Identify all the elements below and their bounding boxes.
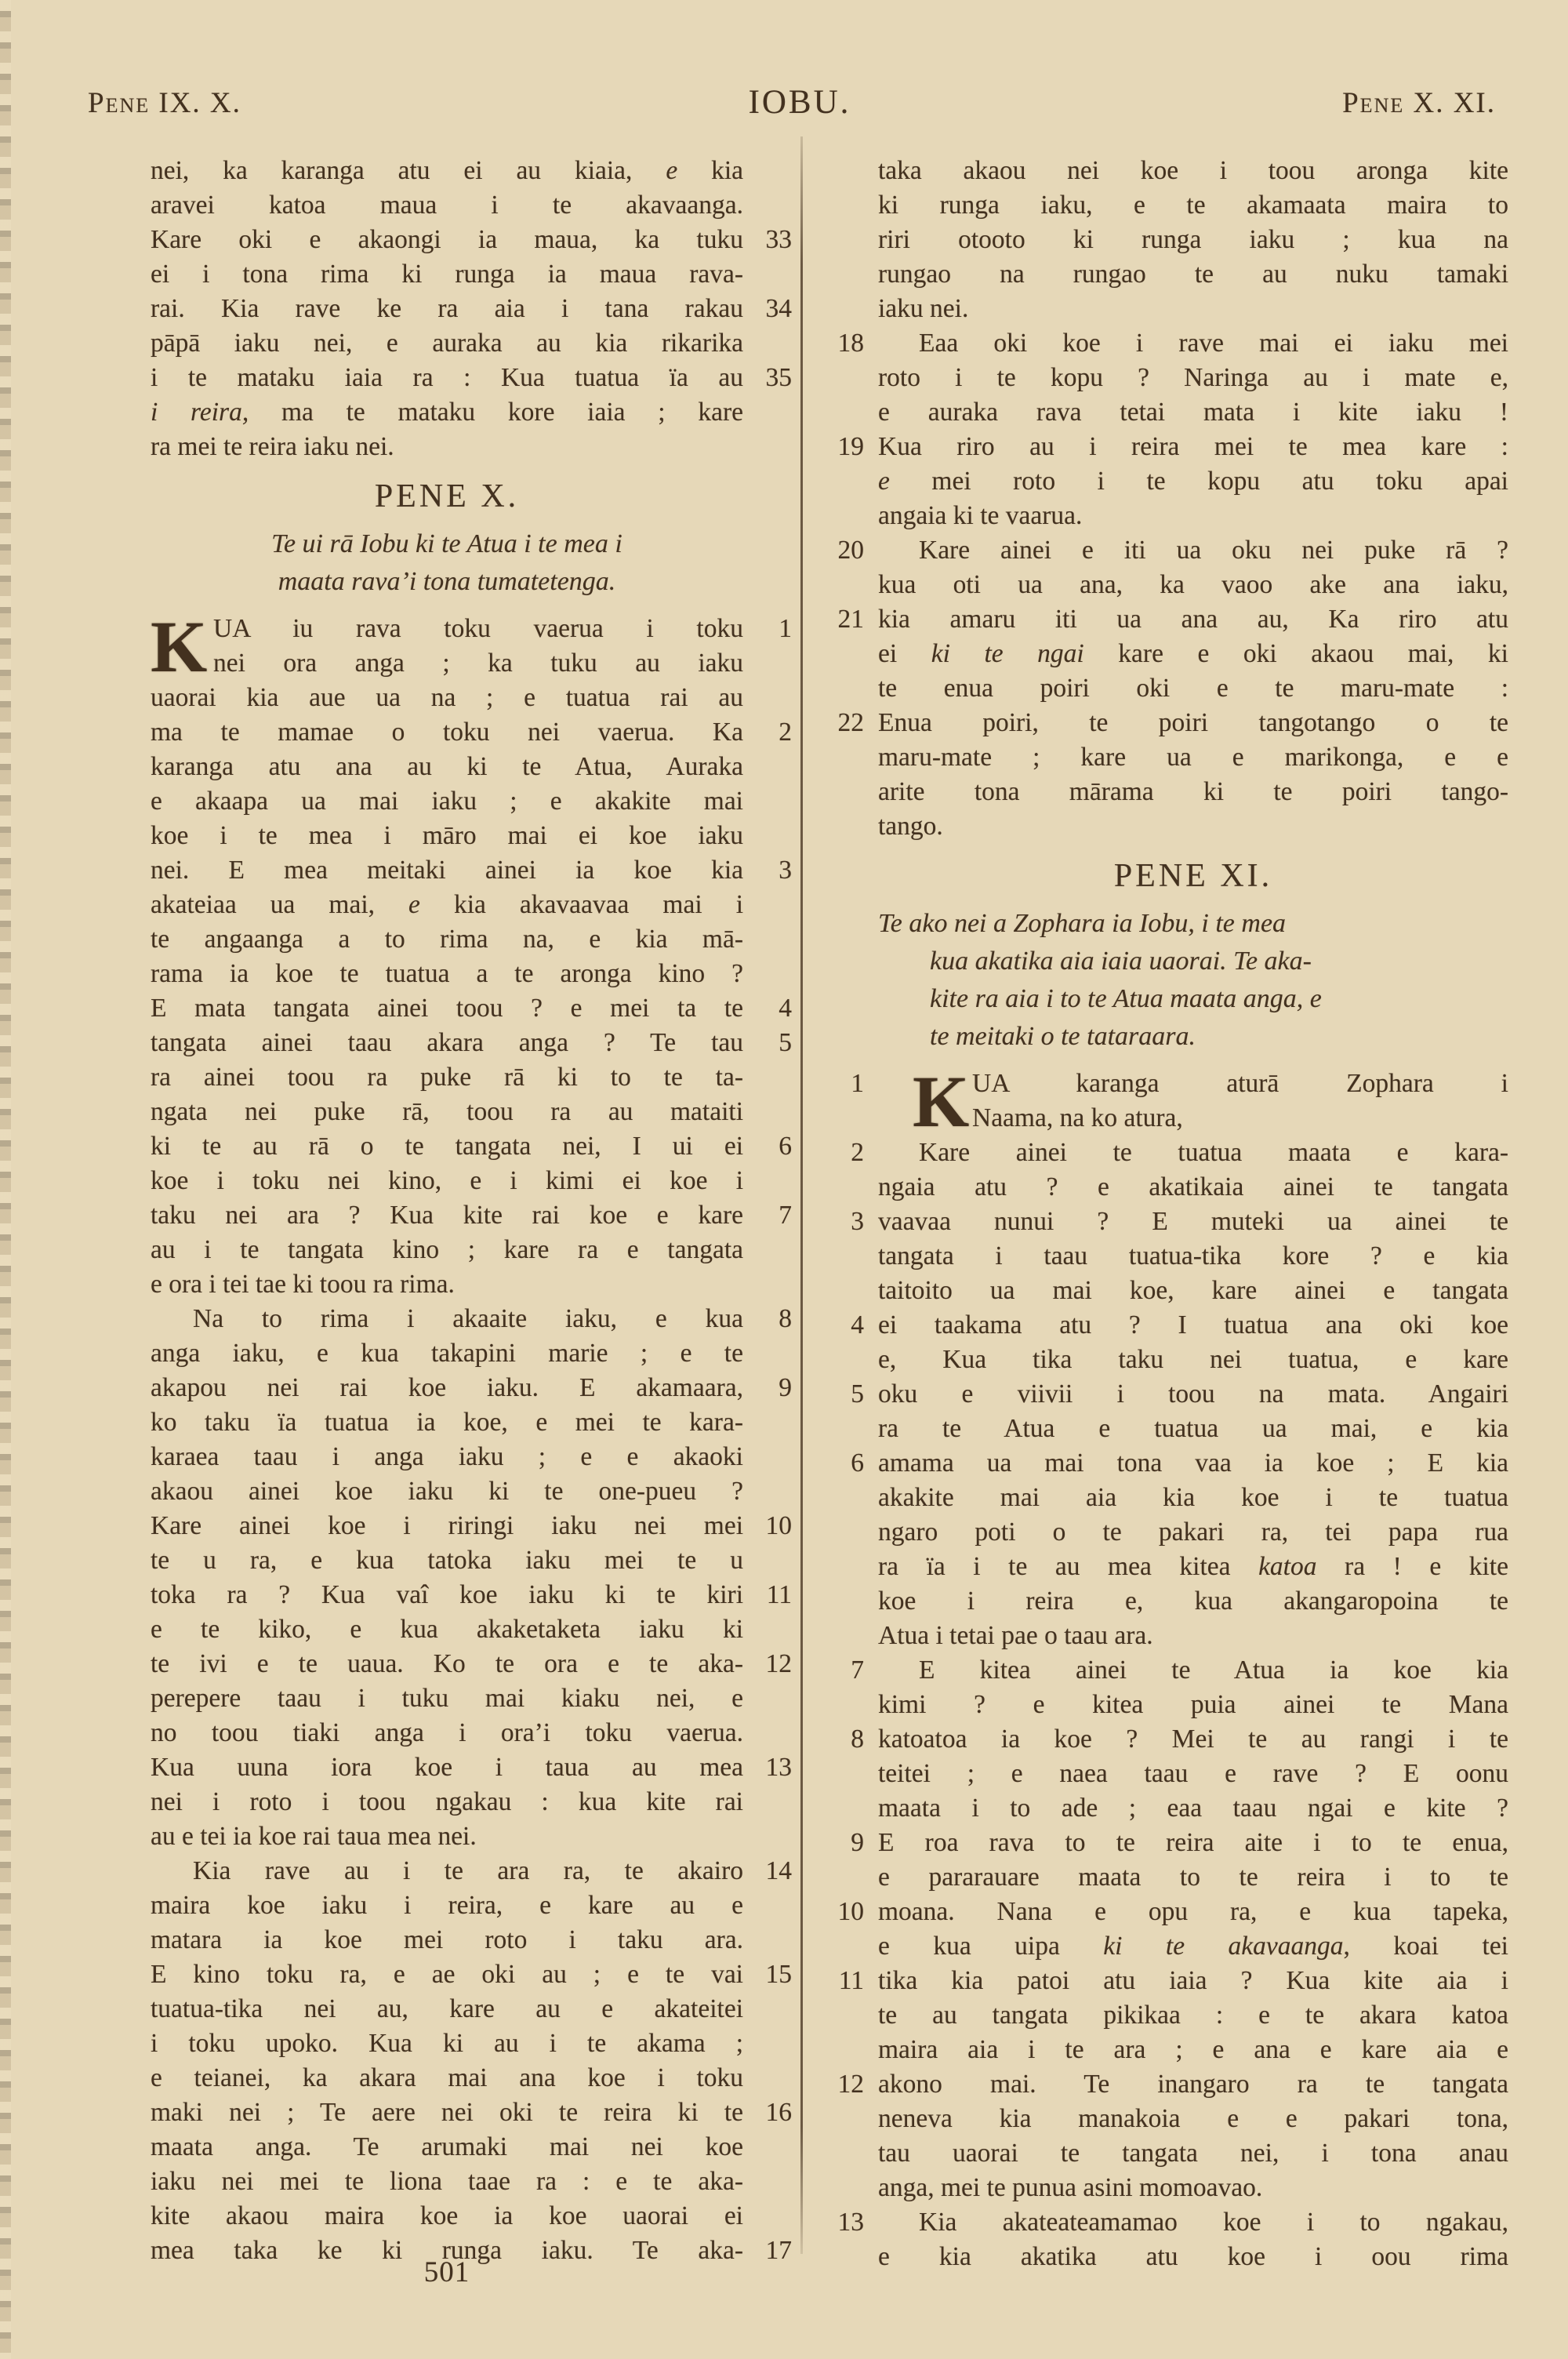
text-line: kua oti ua ana, ka vaoo ake ana iaku, bbox=[815, 568, 1508, 602]
plain-text: koe i toku nei kino, e i kimi ei koe i bbox=[151, 1166, 743, 1195]
line-text: rungao na rungao te au nuku tamaki bbox=[878, 257, 1508, 292]
line-text: kua oti ua ana, ka vaoo ake ana iaku, bbox=[878, 568, 1508, 602]
text-line: Kare ainei e iti ua oku nei puke rā ?20 bbox=[815, 533, 1508, 568]
text-line: anga, mei te punua asini momoavao. bbox=[815, 2171, 1508, 2205]
plain-text: nei, ka karanga atu ei au kiaia, bbox=[151, 156, 666, 185]
plain-text: kia bbox=[677, 156, 743, 185]
text-line: ra mei te reira iaku nei. bbox=[151, 430, 793, 464]
line-text: akateiaa ua mai, e kia akavaavaa mai i bbox=[151, 888, 743, 922]
page-edge-showthrough bbox=[0, 0, 11, 2359]
line-text: Eaa oki koe i rave mai ei iaku mei bbox=[878, 326, 1508, 361]
text-line: ei i tona rima ki runga ia maua rava- bbox=[151, 257, 793, 292]
line-text: moana. Nana e opu ra, e kua tapeka, bbox=[878, 1895, 1508, 1929]
plain-text: ngaro poti o te pakari ra, tei papa rua bbox=[878, 1518, 1508, 1547]
verse-number: 35 bbox=[745, 361, 792, 395]
plain-text: i te mataku iaia ra : Kua tuatua ïa au bbox=[151, 363, 743, 392]
verse-number: 33 bbox=[745, 223, 792, 257]
plain-text: Kia rave au i te ara ra, te akairo bbox=[193, 1856, 743, 1885]
plain-text: kua oti ua ana, ka vaoo ake ana iaku, bbox=[878, 570, 1508, 599]
line-text: te angaanga a to rima na, e kia mā- bbox=[151, 922, 743, 957]
plain-text: ra ainei toou ra puke rā ki to te ta- bbox=[151, 1063, 743, 1092]
text-line: Eaa oki koe i rave mai ei iaku mei18 bbox=[815, 326, 1508, 361]
line-text: Kare ainei e iti ua oku nei puke rā ? bbox=[878, 533, 1508, 568]
plain-text: perepere taau i tuku mai kiaku nei, e bbox=[151, 1684, 743, 1713]
plain-text: kimi ? e kitea puia ainei te Mana bbox=[878, 1690, 1508, 1719]
plain-text: arite tona mārama ki te poiri tango- bbox=[878, 777, 1508, 806]
plain-text: katoatoa ia koe ? Mei te au rangi i te bbox=[878, 1725, 1508, 1754]
verse-number: 4 bbox=[745, 991, 792, 1026]
verse-number: 34 bbox=[745, 292, 792, 326]
plain-text: te ivi e te uaua. Ko te ora e te aka- bbox=[151, 1649, 743, 1678]
text-line: ki te au rā o te tangata nei, I ui ei6 bbox=[151, 1129, 793, 1164]
line-text: toka ra ? Kua vaî koe iaku ki te kiri bbox=[151, 1578, 743, 1612]
line-text: i toku upoko. Kua ki au i te akama ; bbox=[151, 2026, 743, 2061]
line-text: nei, ka karanga atu ei au kiaia, e kia bbox=[151, 154, 743, 188]
plain-text: akapou nei rai koe iaku. E akamaara, bbox=[151, 1373, 743, 1402]
book-title: IOBU. bbox=[0, 83, 1568, 122]
line-text: ra mei te reira iaku nei. bbox=[151, 430, 743, 464]
verse-number: 5 bbox=[745, 1026, 792, 1060]
running-head-right: Pene X. XI. bbox=[1342, 86, 1496, 120]
text-line: ra te Atua e tuatua ua mai, e kia bbox=[815, 1412, 1508, 1446]
line-text: Enua poiri, te poiri tangotango o te bbox=[878, 706, 1508, 740]
plain-text: Naama, na ko atura, bbox=[972, 1103, 1183, 1132]
text-line: Kua riro au i reira mei te mea kare :19 bbox=[815, 430, 1508, 464]
line-text: ki te au rā o te tangata nei, I ui ei bbox=[151, 1129, 743, 1164]
text-line: au e tei ia koe rai taua mea nei. bbox=[151, 1819, 793, 1854]
text-line: maata anga. Te arumaki mai nei koe bbox=[151, 2130, 793, 2165]
line-text: ma te mamae o toku nei vaerua. Ka bbox=[151, 715, 743, 750]
text-line: te au tangata pikikaa : e te akara katoa bbox=[815, 1998, 1508, 2033]
line-text: ra ainei toou ra puke rā ki to te ta- bbox=[151, 1060, 743, 1095]
plain-text: ra ïa i te au mea kitea bbox=[878, 1552, 1258, 1581]
text-line: UA karanga aturā Zophara i1 bbox=[815, 1067, 1508, 1101]
text-line: Atua i tetai pae o taau ara. bbox=[815, 1619, 1508, 1653]
plain-text: akakite mai aia kia koe i te tuatua bbox=[878, 1483, 1508, 1512]
text-line: roto i te kopu ? Naringa au i mate e, bbox=[815, 361, 1508, 395]
chapter-subtitle: Te ui rā Iobu ki te Atua i te mea imaata… bbox=[151, 525, 793, 601]
plain-text: anga iaku, e kua takapini marie ; e te bbox=[151, 1339, 743, 1368]
text-line: e te kiko, e kua akaketaketa iaku ki bbox=[151, 1612, 793, 1647]
line-text: tango. bbox=[878, 809, 1508, 844]
plain-text: rama ia koe te tuatua a te aronga kino ? bbox=[151, 959, 743, 988]
text-line: katoatoa ia koe ? Mei te au rangi i te8 bbox=[815, 1722, 1508, 1757]
text-line: Enua poiri, te poiri tangotango o te22 bbox=[815, 706, 1508, 740]
plain-text: karaea taau i anga iaku ; e e akaoki bbox=[151, 1442, 743, 1471]
line-text: Kua uuna iora koe i taua au mea bbox=[151, 1750, 743, 1785]
plain-text: iaku nei. bbox=[878, 294, 968, 323]
verse-number: 8 bbox=[745, 1302, 792, 1336]
italic-text: ki te akavaanga bbox=[1103, 1932, 1343, 1961]
line-text: taka akaou nei koe i toou aronga kite bbox=[878, 154, 1508, 188]
line-text: e akaapa ua mai iaku ; e akakite mai bbox=[151, 784, 743, 819]
text-line: e ora i tei tae ki toou ra rima. bbox=[151, 1267, 793, 1302]
text-line: e, Kua tika taku nei tuatua, e kare bbox=[815, 1343, 1508, 1377]
line-text: te u ra, e kua tatoka iaku mei te u bbox=[151, 1543, 743, 1578]
line-text: Kare oki e akaongi ia maua, ka tuku bbox=[151, 223, 743, 257]
plain-text: E kitea ainei te Atua ia koe kia bbox=[919, 1656, 1508, 1685]
verse-number: 8 bbox=[815, 1722, 864, 1757]
plain-text: ra te Atua e tuatua ua mai, e kia bbox=[878, 1414, 1508, 1443]
plain-text: E kino toku ra, e ae oki au ; e te vai bbox=[151, 1960, 743, 1989]
line-text: ei taakama atu ? I tuatua ana oki koe bbox=[878, 1308, 1508, 1343]
verse-number: 18 bbox=[815, 326, 864, 361]
subtitle-line: kua akatika aia iaia uaorai. Te aka- bbox=[878, 943, 1508, 980]
line-text: teitei ; e naea taau e rave ? E oonu bbox=[878, 1757, 1508, 1791]
text-line: perepere taau i tuku mai kiaku nei, e bbox=[151, 1681, 793, 1716]
line-text: no toou tiaki anga i ora’i toku vaerua. bbox=[151, 1716, 743, 1750]
line-text: te ivi e te uaua. Ko te ora e te aka- bbox=[151, 1647, 743, 1681]
line-text: tau uaorai te tangata nei, i tona anau bbox=[878, 2136, 1508, 2171]
line-text: maata anga. Te arumaki mai nei koe bbox=[151, 2130, 743, 2165]
chapter-subtitle: Te ako nei a Zophara ia Iobu, i te meaku… bbox=[815, 905, 1508, 1056]
line-text: te enua poiri oki e te maru-mate : bbox=[878, 671, 1508, 706]
line-text: karaea taau i anga iaku ; e e akaoki bbox=[151, 1440, 743, 1474]
plain-text: e ora i tei tae ki toou ra rima. bbox=[151, 1270, 455, 1299]
plain-text: e teianei, ka akara mai ana koe i toku bbox=[151, 2063, 743, 2092]
italic-text: ki te ngai bbox=[931, 639, 1084, 668]
plain-text: te u ra, e kua tatoka iaku mei te u bbox=[151, 1546, 743, 1575]
line-text: ngaia atu ? e akatikaia ainei te tangata bbox=[878, 1170, 1508, 1205]
text-line: iaku nei mei te liona taae ra : e te aka… bbox=[151, 2165, 793, 2199]
line-text: Kare ainei koe i riringi iaku nei mei bbox=[151, 1509, 743, 1543]
plain-text: nei. E mea meitaki ainei ia koe kia bbox=[151, 856, 743, 885]
plain-text: koe i te mea i māro mai ei koe iaku bbox=[151, 821, 743, 850]
plain-text: angaia ki te vaarua. bbox=[878, 501, 1082, 530]
verse-number: 12 bbox=[815, 2067, 864, 2102]
line-text: e auraka rava tetai mata i kite iaku ! bbox=[878, 395, 1508, 430]
plain-text: Enua poiri, te poiri tangotango o te bbox=[878, 708, 1508, 737]
line-text: ra te Atua e tuatua ua mai, e kia bbox=[878, 1412, 1508, 1446]
plain-text: E mata tangata ainei toou ? e mei ta te bbox=[151, 994, 743, 1023]
plain-text: Kare ainei te tuatua maata e kara- bbox=[919, 1138, 1508, 1167]
verse-paragraph: KUA karanga aturā Zophara i1Naama, na ko… bbox=[815, 1067, 1508, 2274]
line-text: akapou nei rai koe iaku. E akamaara, bbox=[151, 1371, 743, 1405]
verse-number: 16 bbox=[745, 2095, 792, 2130]
line-text: tuatua-tika nei au, kare au e akateitei bbox=[151, 1992, 743, 2026]
plain-text: ei taakama atu ? I tuatua ana oki koe bbox=[878, 1310, 1508, 1339]
plain-text: e, Kua tika taku nei tuatua, e kare bbox=[878, 1345, 1508, 1374]
text-line: ngaia atu ? e akatikaia ainei te tangata bbox=[815, 1170, 1508, 1205]
text-line: teitei ; e naea taau e rave ? E oonu bbox=[815, 1757, 1508, 1791]
text-line: ra ainei toou ra puke rā ki to te ta- bbox=[151, 1060, 793, 1095]
line-text: e kia akatika atu koe i oou rima bbox=[878, 2240, 1508, 2274]
text-line: tau uaorai te tangata nei, i tona anau bbox=[815, 2136, 1508, 2171]
plain-text: rungao na rungao te au nuku tamaki bbox=[878, 260, 1508, 289]
plain-text: maki nei ; Te aere nei oki te reira ki t… bbox=[151, 2098, 743, 2127]
verse-number: 21 bbox=[815, 602, 864, 637]
plain-text: tau uaorai te tangata nei, i tona anau bbox=[878, 2139, 1508, 2168]
text-line: akapou nei rai koe iaku. E akamaara,9 bbox=[151, 1371, 793, 1405]
plain-text: Kia akateateamamao koe i to ngakau, bbox=[919, 2208, 1508, 2237]
plain-text: kia amaru iti ua ana au, Ka riro atu bbox=[878, 605, 1508, 634]
line-text: arite tona mārama ki te poiri tango- bbox=[878, 775, 1508, 809]
text-line: nei, ka karanga atu ei au kiaia, e kia bbox=[151, 154, 793, 188]
plain-text: UA iu rava toku vaerua i toku bbox=[213, 614, 743, 643]
text-line: toka ra ? Kua vaî koe iaku ki te kiri11 bbox=[151, 1578, 793, 1612]
plain-text: nei ora anga ; ka tuku au iaku bbox=[213, 649, 743, 678]
subtitle-line: maata rava’i tona tumatetenga. bbox=[151, 563, 743, 601]
text-line: maira koe iaku i reira, e kare au e bbox=[151, 1888, 793, 1923]
text-line: akaou ainei koe iaku ki te one-pueu ? bbox=[151, 1474, 793, 1509]
plain-text: ma te mamae o toku nei vaerua. Ka bbox=[151, 718, 743, 747]
line-text: taku nei ara ? Kua kite rai koe e kare bbox=[151, 1198, 743, 1233]
text-line: neneva kia manakoia e e pakari tona, bbox=[815, 2102, 1508, 2136]
verse-number: 15 bbox=[745, 1957, 792, 1992]
text-line: E kino toku ra, e ae oki au ; e te vai15 bbox=[151, 1957, 793, 1992]
text-line: rai. Kia rave ke ra aia i tana rakau34 bbox=[151, 292, 793, 326]
text-line: tango. bbox=[815, 809, 1508, 844]
text-line: ei taakama atu ? I tuatua ana oki koe4 bbox=[815, 1308, 1508, 1343]
text-line: maira aia i te ara ; e ana e kare aia e bbox=[815, 2033, 1508, 2067]
text-line: tuatua-tika nei au, kare au e akateitei bbox=[151, 1992, 793, 2026]
italic-text: e bbox=[666, 156, 677, 185]
plain-text: , koai tei bbox=[1344, 1932, 1508, 1961]
line-text: kimi ? e kitea puia ainei te Mana bbox=[878, 1688, 1508, 1722]
line-text: ra ïa i te au mea kitea katoa ra ! e kit… bbox=[878, 1550, 1508, 1584]
plain-text: kite akaou maira koe ia koe uaorai ei bbox=[151, 2201, 743, 2230]
text-line: matara ia koe mei roto i taku ara. bbox=[151, 1923, 793, 1957]
subtitle-line: Te ui rā Iobu ki te Atua i te mea i bbox=[151, 525, 743, 563]
text-line: koe i toku nei kino, e i kimi ei koe i bbox=[151, 1164, 793, 1198]
text-line: riri otooto ki runga iaku ; kua na bbox=[815, 223, 1508, 257]
line-text: E kino toku ra, e ae oki au ; e te vai bbox=[151, 1957, 743, 1992]
verse-number: 7 bbox=[815, 1653, 864, 1688]
line-text: iaku nei. bbox=[878, 292, 1508, 326]
verse-number: 10 bbox=[815, 1895, 864, 1929]
line-text: maira aia i te ara ; e ana e kare aia e bbox=[878, 2033, 1508, 2067]
text-line: Kare ainei koe i riringi iaku nei mei10 bbox=[151, 1509, 793, 1543]
text-line: e kia akatika atu koe i oou rima bbox=[815, 2240, 1508, 2274]
verse-number: 2 bbox=[745, 715, 792, 750]
text-line: Kua uuna iora koe i taua au mea13 bbox=[151, 1750, 793, 1785]
line-text: E roa rava to te reira aite i to te enua… bbox=[878, 1826, 1508, 1860]
verse-number: 3 bbox=[745, 853, 792, 888]
text-line: amama ua mai tona vaa ia koe ; E kia6 bbox=[815, 1446, 1508, 1481]
plain-text: mei roto i te kopu atu toku apai bbox=[890, 467, 1508, 496]
text-line: tika kia patoi atu iaia ? Kua kite aia i… bbox=[815, 1964, 1508, 1998]
plain-text: te au tangata pikikaa : e te akara katoa bbox=[878, 2001, 1508, 2030]
text-line: ki runga iaku, e te akamaata maira to bbox=[815, 188, 1508, 223]
text-line: koe i reira e, kua akangaropoina te bbox=[815, 1584, 1508, 1619]
line-text: au e tei ia koe rai taua mea nei. bbox=[151, 1819, 743, 1854]
plain-text: maru-mate ; kare ua e marikonga, e e bbox=[878, 743, 1508, 772]
line-text: ei ki te ngai kare e oki akaou mai, ki bbox=[878, 637, 1508, 671]
plain-text: anga, mei te punua asini momoavao. bbox=[878, 2173, 1262, 2202]
line-text: Na to rima i akaaite iaku, e kua bbox=[151, 1302, 743, 1336]
plain-text: e auraka rava tetai mata i kite iaku ! bbox=[878, 398, 1508, 427]
line-text: maata i to ade ; eaa taau ngai e kite ? bbox=[878, 1791, 1508, 1826]
text-line: rungao na rungao te au nuku tamaki bbox=[815, 257, 1508, 292]
text-line: i te mataku iaia ra : Kua tuatua ïa au35 bbox=[151, 361, 793, 395]
text-line: nei. E mea meitaki ainei ia koe kia3 bbox=[151, 853, 793, 888]
plain-text: maata anga. Te arumaki mai nei koe bbox=[151, 2132, 743, 2161]
line-text: UA karanga aturā Zophara i bbox=[878, 1067, 1508, 1101]
line-text: koe i te mea i māro mai ei koe iaku bbox=[151, 819, 743, 853]
text-line: karaea taau i anga iaku ; e e akaoki bbox=[151, 1440, 793, 1474]
line-text: katoatoa ia koe ? Mei te au rangi i te bbox=[878, 1722, 1508, 1757]
line-text: nei. E mea meitaki ainei ia koe kia bbox=[151, 853, 743, 888]
italic-text: e bbox=[408, 890, 420, 919]
column-rule bbox=[800, 136, 803, 2254]
verse-number: 3 bbox=[815, 1205, 864, 1239]
verse-number: 1 bbox=[745, 612, 792, 646]
plain-text: koe i reira e, kua akangaropoina te bbox=[878, 1587, 1508, 1616]
verse-number: 12 bbox=[745, 1647, 792, 1681]
verse-number: 6 bbox=[745, 1129, 792, 1164]
plain-text: tuatua-tika nei au, kare au e akateitei bbox=[151, 1994, 743, 2023]
line-text: e mei roto i te kopu atu toku apai bbox=[878, 464, 1508, 499]
line-text: maki nei ; Te aere nei oki te reira ki t… bbox=[151, 2095, 743, 2130]
text-line: ei ki te ngai kare e oki akaou mai, ki bbox=[815, 637, 1508, 671]
line-text: koe i reira e, kua akangaropoina te bbox=[878, 1584, 1508, 1619]
verse-number: 17 bbox=[745, 2234, 792, 2268]
line-text: Kare ainei te tuatua maata e kara- bbox=[878, 1136, 1508, 1170]
plain-text: maira aia i te ara ; e ana e kare aia e bbox=[878, 2035, 1508, 2064]
text-line: Na to rima i akaaite iaku, e kua8 bbox=[151, 1302, 793, 1336]
plain-text: Eaa oki koe i rave mai ei iaku mei bbox=[919, 329, 1508, 358]
line-text: e ora i tei tae ki toou ra rima. bbox=[151, 1267, 743, 1302]
plain-text: Kua uuna iora koe i taua au mea bbox=[151, 1753, 743, 1782]
plain-text: akono mai. Te inangaro ra te tangata bbox=[878, 2070, 1508, 2099]
line-text: ngata nei puke rā, toou ra au mataiti bbox=[151, 1095, 743, 1129]
plain-text: ma te mataku kore iaia ; kare bbox=[249, 398, 743, 427]
plain-text: tangata ainei taau akara anga ? Te tau bbox=[151, 1028, 743, 1057]
line-text: UA iu rava toku vaerua i toku bbox=[151, 612, 743, 646]
text-line: Kia akateateamamao koe i to ngakau,13 bbox=[815, 2205, 1508, 2240]
line-text: kia amaru iti ua ana au, Ka riro atu bbox=[878, 602, 1508, 637]
verse-number: 13 bbox=[745, 1750, 792, 1785]
line-text: e kua uipa ki te akavaanga, koai tei bbox=[878, 1929, 1508, 1964]
verse-number: 9 bbox=[745, 1371, 792, 1405]
text-line: te enua poiri oki e te maru-mate : bbox=[815, 671, 1508, 706]
verse-paragraph: KUA iu rava toku vaerua i toku1nei ora a… bbox=[151, 612, 793, 1302]
line-text: akono mai. Te inangaro ra te tangata bbox=[878, 2067, 1508, 2102]
plain-text: vaavaa nunui ? E muteki ua ainei te bbox=[878, 1207, 1508, 1236]
plain-text: aravei katoa maua i te akavaanga. bbox=[151, 191, 743, 220]
plain-text: uaorai kia aue ua na ; e tuatua rai au bbox=[151, 683, 743, 712]
line-text: maira koe iaku i reira, e kare au e bbox=[151, 1888, 743, 1923]
text-line: te angaanga a to rima na, e kia mā- bbox=[151, 922, 793, 957]
text-line: Kare ainei te tuatua maata e kara-2 bbox=[815, 1136, 1508, 1170]
text-line: nei i roto i toou ngakau : kua kite rai bbox=[151, 1785, 793, 1819]
text-line: te u ra, e kua tatoka iaku mei te u bbox=[151, 1543, 793, 1578]
line-text: ei i tona rima ki runga ia maua rava- bbox=[151, 257, 743, 292]
plain-text: pāpā iaku nei, e auraka au kia rikarika bbox=[151, 329, 743, 358]
plain-text: e kua uipa bbox=[878, 1932, 1103, 1961]
plain-text: maira koe iaku i reira, e kare au e bbox=[151, 1891, 743, 1920]
line-text: tika kia patoi atu iaia ? Kua kite aia i bbox=[878, 1964, 1508, 1998]
line-text: e te kiko, e kua akaketaketa iaku ki bbox=[151, 1612, 743, 1647]
plain-text: E roa rava to te reira aite i to te enua… bbox=[878, 1828, 1508, 1857]
line-text: e teianei, ka akara mai ana koe i toku bbox=[151, 2061, 743, 2095]
verse-number: 2 bbox=[815, 1136, 864, 1170]
text-line: angaia ki te vaarua. bbox=[815, 499, 1508, 533]
verse-number: 7 bbox=[745, 1198, 792, 1233]
plain-text: teitei ; e naea taau e rave ? E oonu bbox=[878, 1759, 1508, 1788]
text-line: taitoito ua mai koe, kare ainei e tangat… bbox=[815, 1274, 1508, 1308]
line-text: oku e viivii i toou na mata. Angairi bbox=[878, 1377, 1508, 1412]
line-text: neneva kia manakoia e e pakari tona, bbox=[878, 2102, 1508, 2136]
line-text: Naama, na ko atura, bbox=[878, 1101, 1508, 1136]
plain-text: akaou ainei koe iaku ki te one-pueu ? bbox=[151, 1477, 743, 1506]
text-line: ko taku ïa tuatua ia koe, e mei te kara- bbox=[151, 1405, 793, 1440]
text-line: anga iaku, e kua takapini marie ; e te bbox=[151, 1336, 793, 1371]
text-line: kite akaou maira koe ia koe uaorai ei bbox=[151, 2199, 793, 2234]
text-line: kia amaru iti ua ana au, Ka riro atu21 bbox=[815, 602, 1508, 637]
text-line: maki nei ; Te aere nei oki te reira ki t… bbox=[151, 2095, 793, 2130]
line-text: karanga atu ana au ki te Atua, Auraka bbox=[151, 750, 743, 784]
verse-number: 5 bbox=[815, 1377, 864, 1412]
line-text: e pararauare maata to te reira i to te bbox=[878, 1860, 1508, 1895]
text-column-left: nei, ka karanga atu ei au kiaia, e kiaar… bbox=[151, 154, 793, 2268]
plain-text: au i te tangata kino ; kare ra e tangata bbox=[151, 1235, 743, 1264]
verse-paragraph: Kia rave au i te ara ra, te akairo14mair… bbox=[151, 1854, 793, 2268]
text-line: Kare oki e akaongi ia maua, ka tuku33 bbox=[151, 223, 793, 257]
text-line: ngata nei puke rā, toou ra au mataiti bbox=[151, 1095, 793, 1129]
line-text: uaorai kia aue ua na ; e tuatua rai au bbox=[151, 681, 743, 715]
text-line: uaorai kia aue ua na ; e tuatua rai au bbox=[151, 681, 793, 715]
plain-text: riri otooto ki runga iaku ; kua na bbox=[878, 225, 1508, 254]
verse-number: 11 bbox=[815, 1964, 864, 1998]
plain-text: ki runga iaku, e te akamaata maira to bbox=[878, 191, 1508, 220]
verse-paragraph: taka akaou nei koe i toou aronga kiteki … bbox=[815, 154, 1508, 326]
verse-number: 6 bbox=[815, 1446, 864, 1481]
verse-paragraph: Na to rima i akaaite iaku, e kua8anga ia… bbox=[151, 1302, 793, 1854]
plain-text: taka akaou nei koe i toou aronga kite bbox=[878, 156, 1508, 185]
line-text: ko taku ïa tuatua ia koe, e mei te kara- bbox=[151, 1405, 743, 1440]
line-text: e, Kua tika taku nei tuatua, e kare bbox=[878, 1343, 1508, 1377]
text-line: UA iu rava toku vaerua i toku1 bbox=[151, 612, 793, 646]
text-line: E kitea ainei te Atua ia koe kia7 bbox=[815, 1653, 1508, 1688]
line-text: roto i te kopu ? Naringa au i mate e, bbox=[878, 361, 1508, 395]
verse-number: 22 bbox=[815, 706, 864, 740]
text-line: akakite mai aia kia koe i te tuatua bbox=[815, 1481, 1508, 1515]
plain-text: karanga atu ana au ki te Atua, Auraka bbox=[151, 752, 743, 781]
text-line: au i te tangata kino ; kare ra e tangata bbox=[151, 1233, 793, 1267]
text-line: maata i to ade ; eaa taau ngai e kite ? bbox=[815, 1791, 1508, 1826]
plain-text: taku nei ara ? Kua kite rai koe e kare bbox=[151, 1201, 743, 1230]
line-text: perepere taau i tuku mai kiaku nei, e bbox=[151, 1681, 743, 1716]
text-line: rama ia koe te tuatua a te aronga kino ? bbox=[151, 957, 793, 991]
plain-text: Kare ainei e iti ua oku nei puke rā ? bbox=[919, 536, 1508, 565]
text-line: e kua uipa ki te akavaanga, koai tei bbox=[815, 1929, 1508, 1964]
chapter-heading: PENE X. bbox=[151, 477, 793, 516]
verse-number: 4 bbox=[815, 1308, 864, 1343]
text-column-right: taka akaou nei koe i toou aronga kiteki … bbox=[815, 154, 1508, 2274]
plain-text: e te kiko, e kua akaketaketa iaku ki bbox=[151, 1615, 743, 1644]
line-text: maru-mate ; kare ua e marikonga, e e bbox=[878, 740, 1508, 775]
text-line: vaavaa nunui ? E muteki ua ainei te3 bbox=[815, 1205, 1508, 1239]
text-line: ngaro poti o te pakari ra, tei papa rua bbox=[815, 1515, 1508, 1550]
line-text: te au tangata pikikaa : e te akara katoa bbox=[878, 1998, 1508, 2033]
text-line: taku nei ara ? Kua kite rai koe e kare7 bbox=[151, 1198, 793, 1233]
line-text: i te mataku iaia ra : Kua tuatua ïa au bbox=[151, 361, 743, 395]
line-text: E mata tangata ainei toou ? e mei ta te bbox=[151, 991, 743, 1026]
plain-text: neneva kia manakoia e e pakari tona, bbox=[878, 2104, 1508, 2133]
text-line: E roa rava to te reira aite i to te enua… bbox=[815, 1826, 1508, 1860]
plain-text: ei bbox=[878, 639, 931, 668]
plain-text: oku e viivii i toou na mata. Angairi bbox=[878, 1379, 1508, 1408]
verse-number: 14 bbox=[745, 1854, 792, 1888]
text-line: e auraka rava tetai mata i kite iaku ! bbox=[815, 395, 1508, 430]
text-line: oku e viivii i toou na mata. Angairi5 bbox=[815, 1377, 1508, 1412]
verse-number: 19 bbox=[815, 430, 864, 464]
text-line: arite tona mārama ki te poiri tango- bbox=[815, 775, 1508, 809]
text-line: taka akaou nei koe i toou aronga kite bbox=[815, 154, 1508, 188]
scanned-book-page: Pene IX. X. IOBU. Pene X. XI. nei, ka ka… bbox=[0, 0, 1568, 2359]
line-text: akakite mai aia kia koe i te tuatua bbox=[878, 1481, 1508, 1515]
